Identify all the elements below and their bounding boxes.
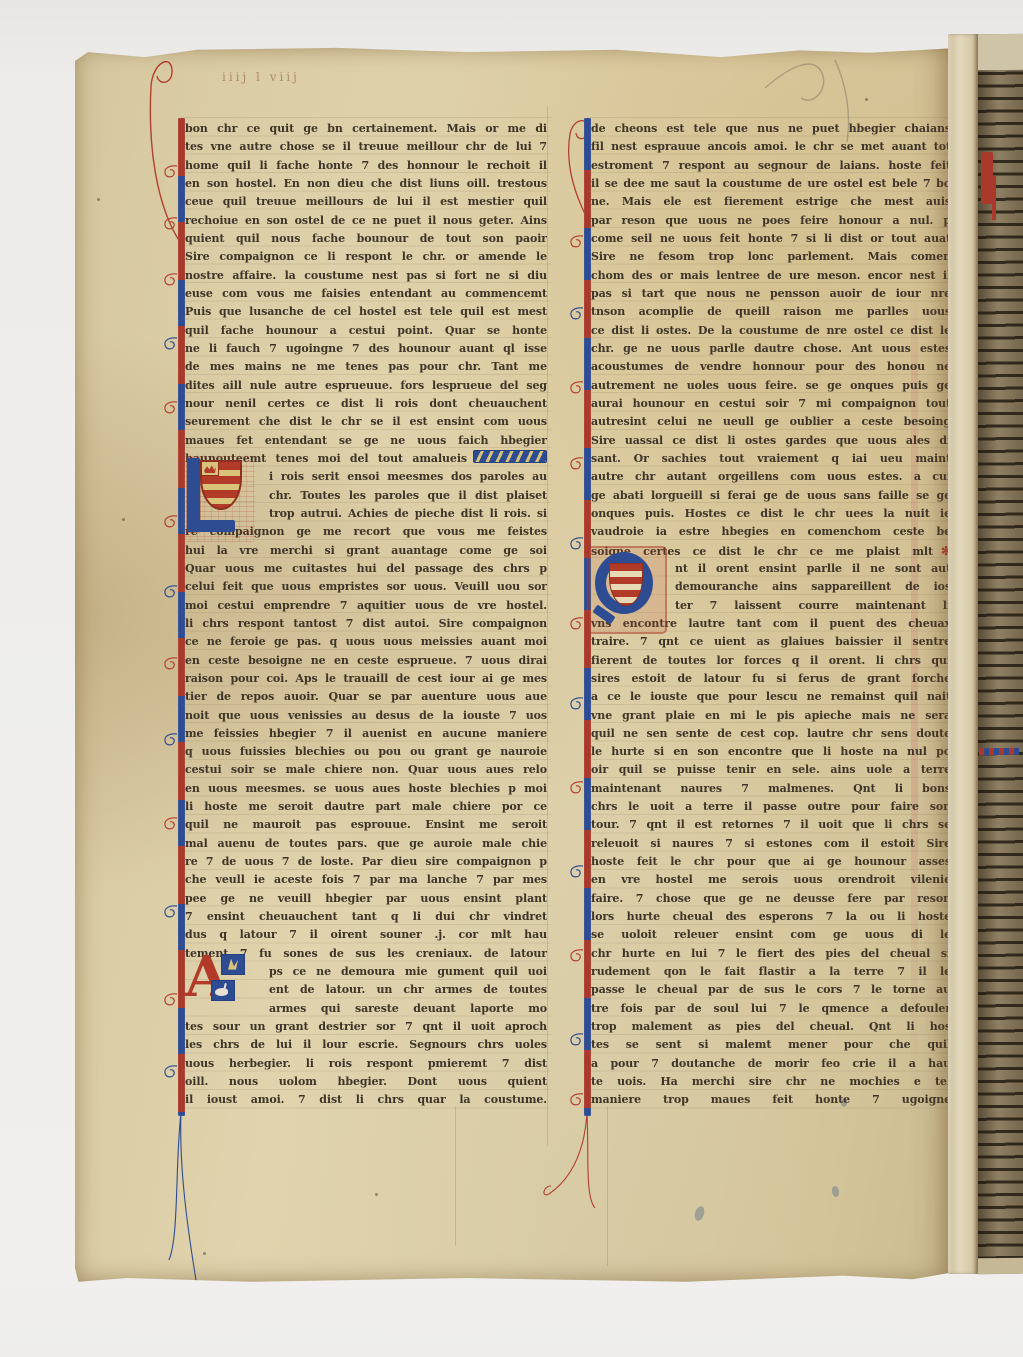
text-line: che veull ie aceste fois 7 par ma lanche…: [185, 871, 547, 889]
blue-panel-swan: [211, 980, 235, 1001]
text-line: releuoit si naures 7 si estones com il e…: [591, 835, 951, 853]
text-line: te uois. Ha merchi sire chr ne mochies e…: [591, 1073, 951, 1091]
text-line: de mes mains ne me tenes pas pour chr. T…: [185, 358, 547, 376]
text-line: par reson que uous ne poes feire honour …: [591, 212, 951, 230]
text-line: tier de repos auoir. Quar se par auentur…: [185, 688, 547, 706]
text-line: ceue quil treuue meillours de lui il est…: [185, 193, 547, 211]
text-line: autresint celui ne ueull ge oublier a ce…: [591, 413, 951, 431]
text-line: fierent de toutes lor forces q il orent.…: [591, 652, 951, 670]
text-line: tes vne autre chose se il treuue meillou…: [185, 138, 547, 156]
text-line: Sire compaignon ce li respont le chr. or…: [185, 248, 547, 266]
text-line: tre fois par de soul lui 7 le qmence a d…: [591, 1000, 951, 1018]
text-line: euse com vous me faisies entendant au co…: [185, 285, 547, 303]
text-line: autrement ne uoles uous feire. se ge onq…: [591, 377, 951, 395]
ruling-line-column: [547, 106, 548, 1146]
text-line: cestui soir se male chiere non. Quar uou…: [185, 761, 547, 779]
facing-page-red-initial: [981, 152, 993, 204]
quire-mark: iiij l viij: [222, 70, 300, 84]
text-line: ge abati lorgueill si ferai ge de uous s…: [591, 487, 951, 505]
text-line: celui feit que uous empristes sor uous. …: [185, 578, 547, 596]
page-fore-edge: [948, 34, 978, 1274]
text-line: ne. Mais ele est fierement estrige che m…: [591, 193, 951, 211]
text-line: acoustumes de vendre honnour pour des ho…: [591, 358, 951, 376]
text-line: maues fet entendant se ge ne uous faich …: [185, 432, 547, 450]
text-line: quil ne mauroit pas esprouue. Ensint me …: [185, 816, 547, 834]
text-line: vne grant plaie en mi le pis apieche mai…: [591, 707, 951, 725]
text-line: 7 ensint cheuauchent tant q li dui chr v…: [185, 908, 547, 926]
text-line: quil fache hounour a cestui point. Quar …: [185, 322, 547, 340]
text-line: fil nest esprauue ancois amoi. le chr se…: [591, 138, 951, 156]
speck: [97, 198, 100, 201]
column-border-bar-left: [178, 118, 185, 1116]
speck: [122, 518, 125, 521]
text-line: sant. Or sachies tout vraiement q iai ue…: [591, 450, 951, 468]
text-line: raison pour coi. Aps le trauaill de cest…: [185, 670, 547, 688]
text-line: il ioust amoi. 7 dist li chrs quar la co…: [185, 1091, 547, 1109]
facing-page-paraph-row: [979, 748, 1019, 755]
swan-figure: [215, 988, 228, 996]
text-line: se uoloit releuer ensint com ge uous di …: [591, 926, 951, 944]
text-line: maniere trop maues feit honte 7 ugoigne: [591, 1091, 951, 1109]
text-line: chr. ge ne uous parlle dautre chose. Ant…: [591, 340, 951, 358]
text-line: quil ne sen sente de cest cop. lautre ch…: [591, 725, 951, 743]
text-line: come seil ne uous feit honte 7 si li dis…: [591, 230, 951, 248]
drop-cap-L: [185, 458, 249, 536]
ruling-line-vertical: [607, 1106, 608, 1266]
ink-smudge: [693, 1205, 706, 1222]
text-line: a ce le iouste que pour lescu ne remains…: [591, 688, 951, 706]
text-line: traire. 7 qnt ce uient as glaiues baissi…: [591, 633, 951, 651]
text-line: onques puis. Hostes ce dist le chr uees …: [591, 505, 951, 523]
text-column-right: de cheons est tele que nus ne puet hbegi…: [591, 120, 951, 1110]
text-line: q uous fuissies blechies ou pou ou grant…: [185, 743, 547, 761]
manuscript-scan: iiij l viij: [0, 0, 1023, 1357]
text-line: les chrs de lui il lour escrie. Segnours…: [185, 1036, 547, 1054]
text-line: seurement che dist le chr se il est ensi…: [185, 413, 547, 431]
text-line: tes se sent si malemt mener pour che qui…: [591, 1036, 951, 1054]
drop-cap-A: A: [185, 954, 259, 1016]
text-line: ce dist li ostes. De la coustume de nre …: [591, 322, 951, 340]
facing-page-text-lines: [978, 34, 1023, 1274]
text-line: Puis que lusanche de cel hostel est tele…: [185, 303, 547, 321]
text-line: li chrs respont tantost 7 dist autoi. Si…: [185, 615, 547, 633]
text-line: faire. 7 chose que ge ne deusse fere par…: [591, 890, 951, 908]
text-line: chrs le uoit a terre il passe outre pour…: [591, 798, 951, 816]
text-line: li hoste me seroit dautre part male chie…: [185, 798, 547, 816]
text-line: re 7 de uous 7 de loste. Par dieu sire c…: [185, 853, 547, 871]
text-line: a pour 7 doutanche de morir feo crie il …: [591, 1055, 951, 1073]
text-line: ce ne feroie ge pas. q uous uous meissie…: [185, 633, 547, 651]
bottom-tail-right: [544, 1112, 595, 1208]
text-line: quient quil nous fache bounour de tout s…: [185, 230, 547, 248]
text-line: chr hurte en lui 7 le fiert des pies del…: [591, 945, 951, 963]
speck: [865, 98, 868, 101]
text-line: oir quil se puisse tenir en sele. ains u…: [591, 761, 951, 779]
text-line: sires estoit de latour fu si ferus de gr…: [591, 670, 951, 688]
text-line: mal auenu de toutes pars. que ge auroie …: [185, 835, 547, 853]
text-line: passe le cheual par de sus le cors 7 le …: [591, 981, 951, 999]
text-line: dites aill nule autre esprueuue. fors le…: [185, 377, 547, 395]
text-line: rudement qon le fait flastir a la terre …: [591, 963, 951, 981]
text-line: en vre hostel me serois uous orendroit v…: [591, 871, 951, 889]
text-line: nostre affaire. la coustume nest pas si …: [185, 267, 547, 285]
text-column-left: bon chr ce quit ge bn certainement. Mais…: [185, 120, 547, 1110]
text-line: aurai hounour en cestui soir 7 mi compai…: [591, 395, 951, 413]
text-line: home quil li fache honte 7 des honnour l…: [185, 157, 547, 175]
text-line: en uous meesmes. se uous aues hoste blec…: [185, 780, 547, 798]
speck: [203, 1252, 206, 1255]
bottom-tail-left: [169, 1112, 197, 1283]
text-line: estroment 7 respont au segnour de laians…: [591, 157, 951, 175]
text-line: rechoiue en son ostel de ce ne puet il n…: [185, 212, 547, 230]
text-line: hui la vre merchi si grant auantage come…: [185, 542, 547, 560]
text-line: Sire ne fesom trop lonc parlement. Mais …: [591, 248, 951, 266]
text-line: vaudroie ia estre hbegies en comenchom c…: [591, 523, 951, 541]
text-line: Sire uassal ce dist li ostes gardes que …: [591, 432, 951, 450]
text-line: chom des or mais lentree de ure meson. e…: [591, 267, 951, 285]
text-line: moi cestui emprendre 7 aquitier uous de …: [185, 597, 547, 615]
text-line: maintenant naures 7 malmenes. Qnt li bon…: [591, 780, 951, 798]
text-line: trop malement as pies del cheual. Qnt li…: [591, 1018, 951, 1036]
ruling-line-vertical: [455, 1106, 456, 1246]
text-line: pee ge ne veuill hbegier par uous ensint…: [185, 890, 547, 908]
ink-smudge: [831, 1185, 840, 1197]
text-line: pas si tart que nous ne pensson auoir de…: [591, 285, 951, 303]
manuscript-page: iiij l viij: [75, 46, 948, 1283]
facing-page-edge: [948, 34, 1023, 1274]
text-line: hoste feit le chr pour que ai ge hounour…: [591, 853, 951, 871]
text-line: me feissies hbegier 7 il auenist en aucu…: [185, 725, 547, 743]
text-line: nour nenil certes ce dist li rois dont c…: [185, 395, 547, 413]
top-flourish-left: [150, 62, 180, 242]
drop-cap-Q: [591, 550, 663, 630]
text-line: lors hurte cheual des esperons 7 la ou l…: [591, 908, 951, 926]
text-line: en son hostel. En non dieu che dist liun…: [185, 175, 547, 193]
text-line: tnson acomplie de queill raison me parll…: [591, 303, 951, 321]
text-line: ne li fauch 7 ugoingne 7 des hounour aua…: [185, 340, 547, 358]
line-filler-ornament: [473, 450, 547, 463]
text-line: le hurte si en son encontre que li hoste…: [591, 743, 951, 761]
text-line: en ceste besoigne ne en ceste esprueue. …: [185, 652, 547, 670]
text-line: Quar uous me cuitastes hui del passage d…: [185, 560, 547, 578]
text-line: de cheons est tele que nus ne puet hbegi…: [591, 120, 951, 138]
text-line: noit que uous venissies au desus de la i…: [185, 707, 547, 725]
speck: [375, 1193, 378, 1196]
text-line: tour. 7 qnt il est retornes 7 il uoit qu…: [591, 816, 951, 834]
text-line: bon chr ce quit ge bn certainement. Mais…: [185, 120, 547, 138]
text-line: oill. nous uolom hbegier. Dont uous quie…: [185, 1073, 547, 1091]
text-line: autre chr autant orgeillens com uous est…: [591, 468, 951, 486]
text-line: il se dee me saut la coustume de ure ost…: [591, 175, 951, 193]
text-line: dus q latour 7 il oirent souner .j. cor …: [185, 926, 547, 944]
text-line: tes sour un grant destrier sor 7 qnt il …: [185, 1018, 547, 1036]
blue-panel: [221, 954, 245, 975]
text-line: uous herbegier. li rois respont pmieremt…: [185, 1055, 547, 1073]
shield-canton-lion: [202, 462, 219, 476]
